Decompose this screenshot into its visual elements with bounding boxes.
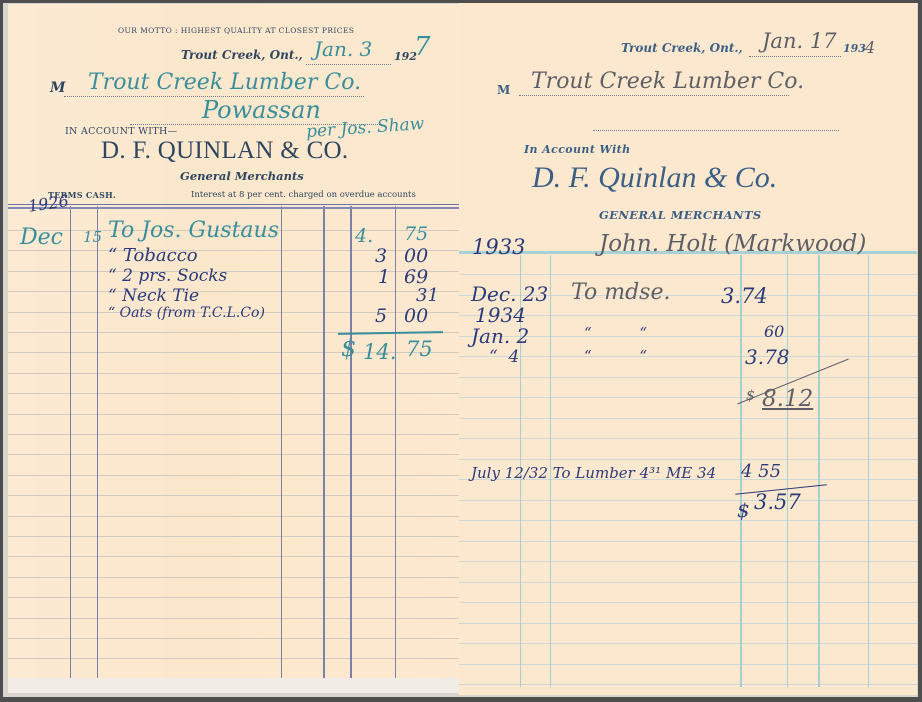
- right-ruled-line: [459, 397, 917, 398]
- left-entry-cents: 00: [404, 245, 428, 267]
- left-total-dollars: 14.: [363, 340, 396, 364]
- left-date-line: [306, 64, 391, 65]
- left-customer-line1: Trout Creek Lumber Co.: [88, 70, 361, 95]
- right-customer-line-2: [593, 130, 839, 131]
- left-ruled-line: [8, 516, 459, 517]
- left-ruled-line: [8, 271, 459, 272]
- left-entry-desc: “ Tobacco: [108, 245, 198, 266]
- right-entry-desc: To mdse.: [571, 280, 670, 305]
- right-column-rule: [787, 255, 788, 687]
- right-column-rule: [818, 255, 820, 687]
- left-year-note: 1926: [27, 191, 70, 215]
- right-ruled-line: [459, 623, 917, 624]
- right-subtotal: 8.12: [762, 386, 813, 412]
- right-entry-date: “ 4: [489, 347, 519, 367]
- right-later-note: July 12/32 To Lumber 4³¹ ME 34: [471, 464, 716, 482]
- right-customer-line1: Trout Creek Lumber Co.: [531, 69, 804, 94]
- left-entry-desc: “ Neck Tie: [108, 286, 199, 306]
- right-customer-line: [519, 95, 789, 96]
- left-ruled-line: [8, 495, 459, 496]
- right-balance-prefix: $: [737, 498, 750, 522]
- left-year-handwritten: 7: [414, 32, 431, 62]
- right-date-line: [749, 56, 841, 57]
- right-ruled-line: [459, 684, 917, 685]
- left-entry-dollars: 4.: [355, 225, 373, 247]
- left-date-handwritten: Jan. 3: [314, 37, 372, 61]
- right-m-label: M: [497, 83, 510, 97]
- right-ruled-line: [459, 643, 917, 644]
- right-invoice-sheet: Trout Creek, Ont., Jan. 17 193 4 M Trout…: [459, 3, 917, 695]
- left-ruled-line: [8, 536, 459, 537]
- left-column-rule: [281, 206, 282, 682]
- right-ruled-line: [459, 541, 917, 542]
- left-total-prefix: $: [341, 334, 356, 362]
- left-entry-dollars: 5: [375, 305, 387, 327]
- right-entry-desc: “ “: [584, 324, 647, 342]
- left-motto: OUR MOTTO : HIGHEST QUALITY AT CLOSEST P…: [118, 26, 354, 35]
- right-header-name: John. Holt (Markwood): [599, 231, 866, 257]
- left-column-rule: [350, 206, 352, 682]
- left-entry-desc: To Jos. Gustaus: [108, 218, 279, 243]
- left-month: Dec: [20, 225, 63, 250]
- right-subtotal-prefix: $: [746, 388, 755, 404]
- right-date-handwritten: Jan. 17: [762, 29, 837, 53]
- right-ruled-line: [459, 500, 917, 501]
- left-interest-note: Interest at 8 per cent. charged on overd…: [191, 190, 416, 200]
- left-ruled-line: [8, 475, 459, 476]
- left-m-label: M: [50, 80, 66, 96]
- right-ruled-line: [459, 418, 917, 419]
- left-invoice-sheet: OUR MOTTO : HIGHEST QUALITY AT CLOSEST P…: [8, 4, 459, 692]
- right-column-rule: [868, 255, 869, 687]
- right-entry-desc: “ “: [584, 347, 647, 365]
- left-sheet-bottom-edge: [8, 678, 459, 693]
- left-ruled-line: [8, 291, 459, 292]
- left-entry-cents: 31: [416, 285, 439, 306]
- right-ruled-line: [459, 561, 917, 562]
- right-company-name: D. F. Quinlan & Co.: [532, 161, 777, 195]
- right-balance: 3.57: [754, 490, 801, 514]
- right-ruled-line: [459, 438, 917, 439]
- left-ruled-line: [8, 414, 459, 415]
- left-entry-dollars: 1: [378, 266, 390, 288]
- left-entry-desc: “ Oats (from T.C.L.Co): [108, 305, 265, 321]
- right-ruled-line: [459, 315, 917, 316]
- left-ruled-line: [8, 393, 459, 394]
- left-place-label: Trout Creek, Ont.,: [181, 48, 303, 62]
- right-later-amount: 4 55: [741, 461, 781, 482]
- right-ruled-line: [459, 664, 917, 665]
- left-entry-cents: 00: [404, 305, 428, 327]
- left-ruled-line: [8, 658, 459, 659]
- left-ruled-line: [8, 434, 459, 435]
- left-column-rule: [323, 206, 325, 682]
- left-ruled-line: [8, 638, 459, 639]
- right-in-account-with: In Account With: [524, 143, 631, 156]
- right-ruled-line: [459, 582, 917, 583]
- right-ruled-line: [459, 274, 917, 275]
- right-ruled-line: [459, 520, 917, 521]
- left-column-rule: [395, 206, 396, 682]
- right-ruled-line: [459, 459, 917, 460]
- right-ruled-line: [459, 356, 917, 357]
- right-entry-amount: 60: [764, 322, 784, 341]
- right-entry-amount: 3.74: [721, 284, 768, 308]
- left-ruled-line: [8, 597, 459, 598]
- left-ruled-line: [8, 454, 459, 455]
- left-total-cents: 75: [406, 337, 433, 361]
- left-ruled-line: [8, 577, 459, 578]
- left-ruled-line: [8, 556, 459, 557]
- right-year-handwritten: 4: [865, 38, 875, 57]
- left-company-subtitle: General Merchants: [180, 169, 304, 183]
- left-day: 15: [83, 228, 102, 246]
- left-header-rule-2: [8, 207, 459, 209]
- right-ruled-line: [459, 602, 917, 603]
- left-ruled-line: [8, 618, 459, 619]
- right-entry-amount: 3.78: [745, 345, 790, 369]
- right-entry-date: Jan. 2: [471, 324, 529, 348]
- left-ruled-line: [8, 250, 459, 251]
- left-customer-line2: Powassan: [202, 96, 321, 124]
- right-company-subtitle: GENERAL MERCHANTS: [599, 208, 762, 222]
- left-column-rule: [70, 206, 71, 682]
- right-header-year: 1933: [472, 235, 525, 259]
- left-entry-desc: “ 2 prs. Socks: [108, 266, 227, 286]
- left-ruled-line: [8, 373, 459, 374]
- right-place-label: Trout Creek, Ont.,: [621, 41, 743, 55]
- left-entry-cents: 75: [404, 223, 428, 245]
- right-ruled-line: [459, 377, 917, 378]
- left-header-rule: [8, 204, 459, 205]
- left-in-account-with: IN ACCOUNT WITH—: [65, 126, 177, 137]
- left-column-rule: [97, 206, 98, 682]
- right-year-prefix: 193: [843, 42, 866, 55]
- left-company-name: D. F. QUINLAN & CO.: [101, 137, 348, 165]
- left-entry-dollars: 3: [375, 245, 387, 267]
